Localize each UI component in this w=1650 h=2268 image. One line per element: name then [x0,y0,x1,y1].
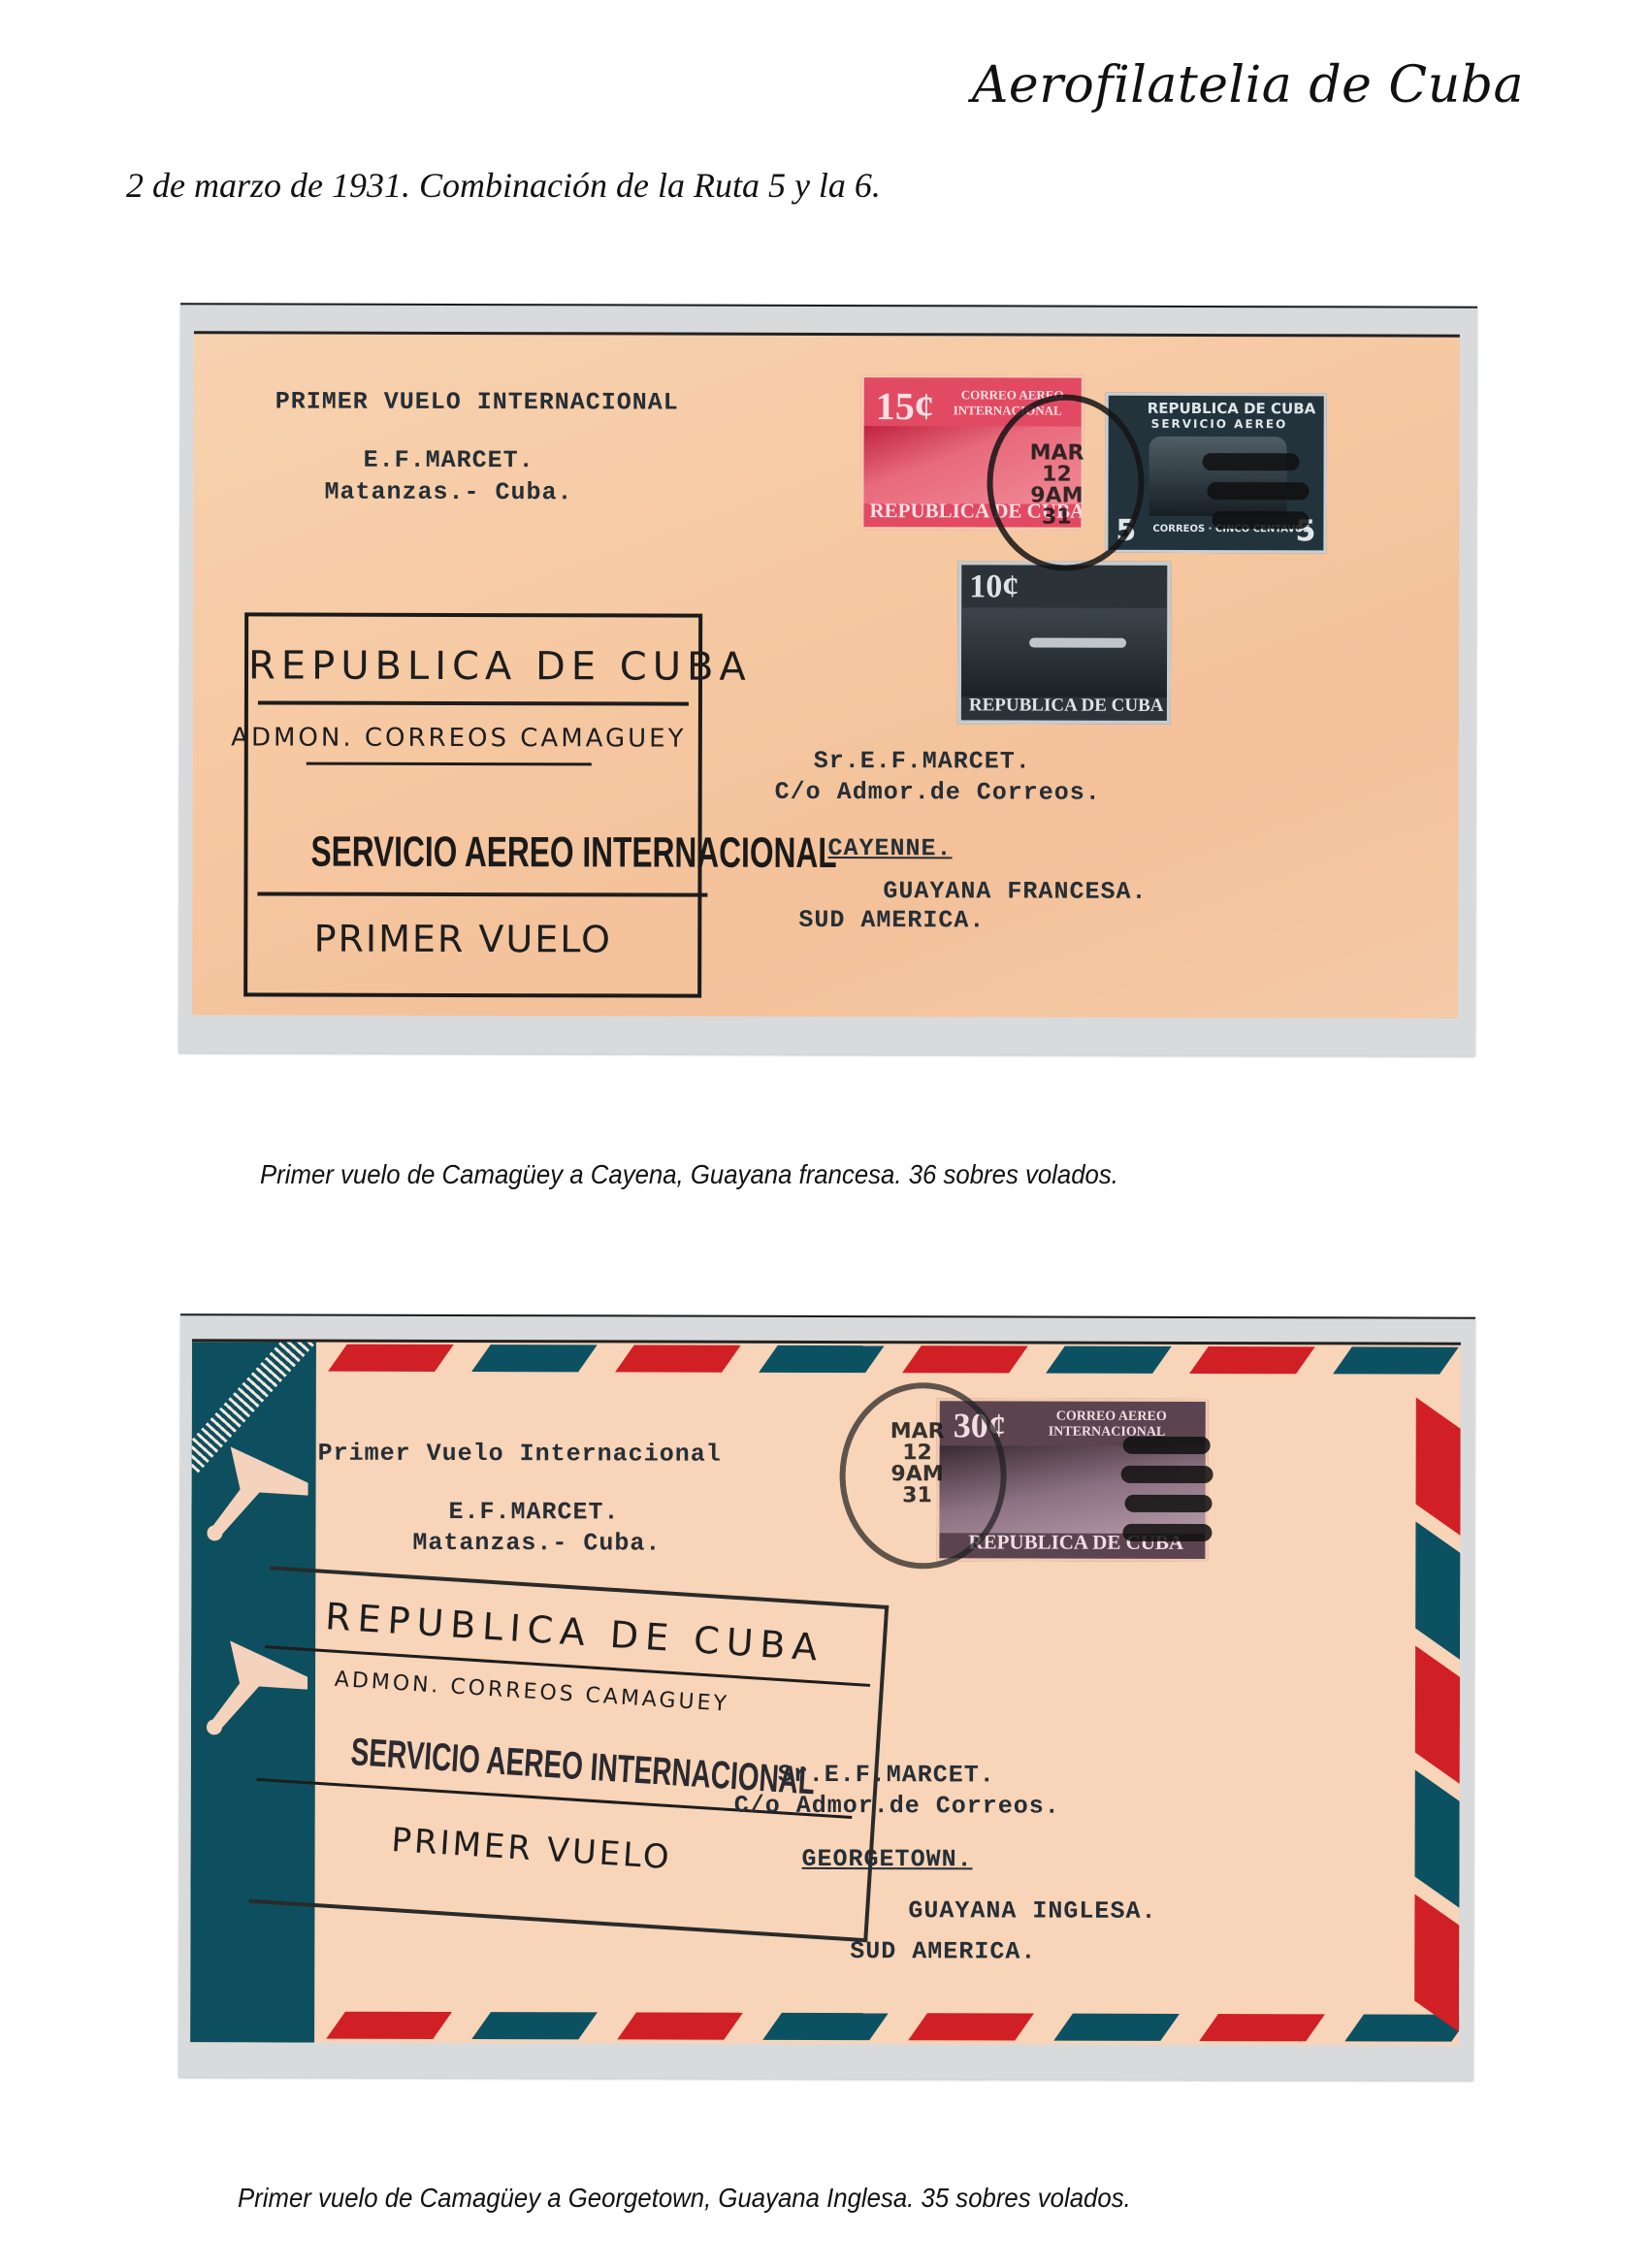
cancel-bar [1212,511,1309,529]
cover-1-addressee-line-1: Sr.E.F.MARCET. [814,747,1031,776]
cover-1-cachet: REPUBLICA DE CUBA ADMON. CORREOS CAMAGUE… [243,612,702,997]
cancel-bar [1125,1495,1213,1512]
airmail-stripe [1046,1346,1172,1374]
cachet-rule [258,700,689,705]
cancel-bar [1123,1437,1211,1454]
cover-2-cachet: REPUBLICA DE CUBA ADMON. CORREOS CAMAGUE… [248,1566,889,1942]
page-subtitle: 2 de marzo de 1931. Combinación de la Ru… [126,165,881,206]
cancel-bar [1121,1466,1213,1483]
cachet-rule [307,762,592,766]
cancel-bar [1122,1524,1212,1541]
cachet-line-1: REPUBLICA DE CUBA [266,1591,884,1672]
airmail-stripe [908,2013,1034,2040]
airmail-stripe [1414,1894,1459,2031]
cover-2-addressee-line-2: C/o Admor.de Correos. [734,1792,1060,1821]
cancel-bar [1203,453,1300,470]
cancel-bar [1207,482,1309,500]
cover-1-sender-city: Matanzas.- Cuba. [324,478,572,507]
airmail-stripe [1415,1769,1460,1907]
stamp-vignette [1149,437,1286,516]
cover-1-addressee-line-2: C/o Admor.de Correos. [775,778,1101,807]
cover-1-addressee-line-3: CAYENNE. [828,834,953,862]
cachet-line-3: SERVICIO AEREO INTERNACIONAL [310,828,634,878]
cover-2-sender-name: E.F.MARCET. [448,1498,619,1526]
cover-2-sender-header: Primer Vuelo Internacional [318,1440,722,1469]
cover-2-addressee-line-3: GEORGETOWN. [802,1845,973,1873]
airmail-stripe [1333,1346,1459,1374]
airmail-stripe [617,2012,743,2039]
cachet-line-2: ADMON. CORREOS CAMAGUEY [219,723,698,753]
cachet-line-4: PRIMER VUELO [194,1808,869,1890]
airplane-icon [201,1439,316,1545]
cachet-line-4: PRIMER VUELO [228,917,697,960]
airmail-stripe [1416,1397,1461,1535]
cover-2-caption: Primer vuelo de Camagüey a Georgetown, G… [238,2183,1131,2214]
airmail-stripe [615,1345,741,1372]
postmark-date: MAR 12 9AM 31 [890,1421,945,1507]
cachet-line-2: ADMON. CORREOS CAMAGUEY [190,1658,879,1726]
cover-2-envelope: Primer Vuelo Internacional E.F.MARCET. M… [190,1339,1461,2045]
cover-1-envelope: PRIMER VUELO INTERNACIONAL E.F.MARCET. M… [192,331,1460,1018]
airmail-stripe [762,2013,889,2040]
cover-2-addressee-line-5: SUD AMERICA. [850,1937,1036,1966]
cover-2-sleeve: Primer Vuelo Internacional E.F.MARCET. M… [178,1313,1475,2080]
cover-1-addressee-line-5: SUD AMERICA. [798,906,985,935]
cover-1-sleeve: PRIMER VUELO INTERNACIONAL E.F.MARCET. M… [178,303,1477,1055]
cachet-line-1: REPUBLICA DE CUBA [248,643,698,689]
cover-2-sender-city: Matanzas.- Cuba. [412,1529,661,1558]
stamp-10c: 10¢ REPUBLICA DE CUBA [957,561,1171,725]
airmail-stripe [759,1345,885,1373]
cover-1-sender-name: E.F.MARCET. [364,446,534,474]
airmail-stripe [326,2012,452,2039]
airmail-stripe [1199,2014,1325,2041]
cover-2-addressee-line-1: Sr.E.F.MARCET. [778,1761,995,1790]
airmail-top-border [192,1342,1461,1345]
airmail-stripe [1415,1521,1460,1659]
page-title: Aerofilatelia de Cuba [972,56,1524,114]
postmark-date: MAR 12 9AM 31 [1029,443,1084,529]
cover-2-addressee-line-4: GUAYANA INGLESA. [908,1896,1156,1926]
airmail-stripe [1053,2014,1180,2041]
airmail-stripe [1189,1346,1315,1374]
cover-1-caption: Primer vuelo de Camagüey a Cayena, Guaya… [260,1159,1118,1190]
airmail-stripe [328,1345,454,1372]
airplane-icon [1029,638,1126,648]
airmail-stripe [471,1345,598,1372]
cover-1-addressee-line-4: GUAYANA FRANCESA. [883,877,1147,906]
cachet-rule [257,891,707,896]
airmail-stripe [902,1345,1028,1373]
airmail-stripe [1415,1645,1460,1783]
airmail-stripe [471,2012,598,2039]
cover-1-sender-header: PRIMER VUELO INTERNACIONAL [275,388,679,417]
stamp-vignette [961,607,1167,697]
